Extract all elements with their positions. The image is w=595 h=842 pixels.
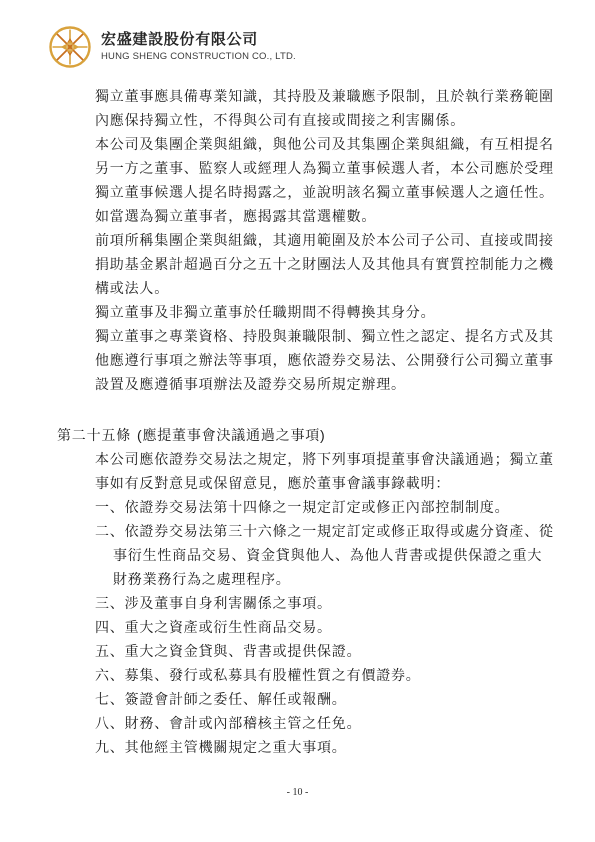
company-name-block: 宏盛建設股份有限公司 HUNG SHENG CONSTRUCTION CO., …	[101, 25, 296, 63]
list-item: 八、財務、會計或內部稽核主管之任免。	[95, 711, 560, 735]
list-item: 三、涉及董事自身利害關係之事項。	[95, 591, 560, 615]
article-title: (應提董事會決議通過之事項)	[137, 427, 326, 443]
article-number: 第二十五條	[57, 427, 131, 443]
document-header: 宏盛建設股份有限公司 HUNG SHENG CONSTRUCTION CO., …	[48, 25, 296, 69]
company-logo-icon	[48, 25, 92, 69]
article-25-content: 本公司應依證券交易法之規定，將下列事項提董事會決議通過；獨立董 事如有反對意見或…	[95, 447, 560, 759]
list-item: 七、簽證會計師之委任、解任或報酬。	[95, 687, 560, 711]
document-body: 獨立董事應具備專業知識，其持股及兼職應予限制，且於執行業務範圍 內應保持獨立性，…	[57, 84, 557, 759]
paragraph: 本公司及集團企業與組織，與他公司及其集團企業與組織，有互相提名 另一方之董事、監…	[95, 132, 560, 228]
article-heading: 第二十五條(應提董事會決議通過之事項)	[57, 423, 557, 447]
article-25: 第二十五條(應提董事會決議通過之事項) 本公司應依證券交易法之規定，將下列事項提…	[57, 423, 557, 759]
list-item: 六、募集、發行或私募具有股權性質之有價證券。	[95, 663, 560, 687]
page-footer: - 10 -	[0, 786, 595, 799]
paragraph: 獨立董事之專業資格、持股與兼職限制、獨立性之認定、提名方式及其 他應遵行事項之辦…	[95, 324, 560, 396]
article-intro: 本公司應依證券交易法之規定，將下列事項提董事會決議通過；獨立董 事如有反對意見或…	[95, 447, 560, 495]
paragraph: 獨立董事應具備專業知識，其持股及兼職應予限制，且於執行業務範圍 內應保持獨立性，…	[95, 84, 560, 132]
paragraph: 獨立董事及非獨立董事於任職期間不得轉換其身分。	[95, 300, 560, 324]
company-name-en: HUNG SHENG CONSTRUCTION CO., LTD.	[101, 51, 296, 63]
list-item: 一、依證券交易法第十四條之一規定訂定或修正內部控制制度。	[95, 495, 560, 519]
list-item: 二、依證券交易法第三十六條之一規定訂定或修正取得或處分資產、從 事衍生性商品交易…	[95, 519, 560, 591]
paragraph: 前項所稱集團企業與組織，其適用範圍及於本公司子公司、直接或間接 捐助基金累計超過…	[95, 228, 560, 300]
page-number: - 10 -	[287, 787, 309, 798]
list-item: 四、重大之資產或衍生性商品交易。	[95, 615, 560, 639]
company-name-zh: 宏盛建設股份有限公司	[101, 29, 296, 50]
document-page: 宏盛建設股份有限公司 HUNG SHENG CONSTRUCTION CO., …	[0, 0, 595, 842]
list-item: 五、重大之資金貸與、背書或提供保證。	[95, 639, 560, 663]
list-item: 九、其他經主管機關規定之重大事項。	[95, 735, 560, 759]
article-24-continuation: 獨立董事應具備專業知識，其持股及兼職應予限制，且於執行業務範圍 內應保持獨立性，…	[95, 84, 560, 396]
